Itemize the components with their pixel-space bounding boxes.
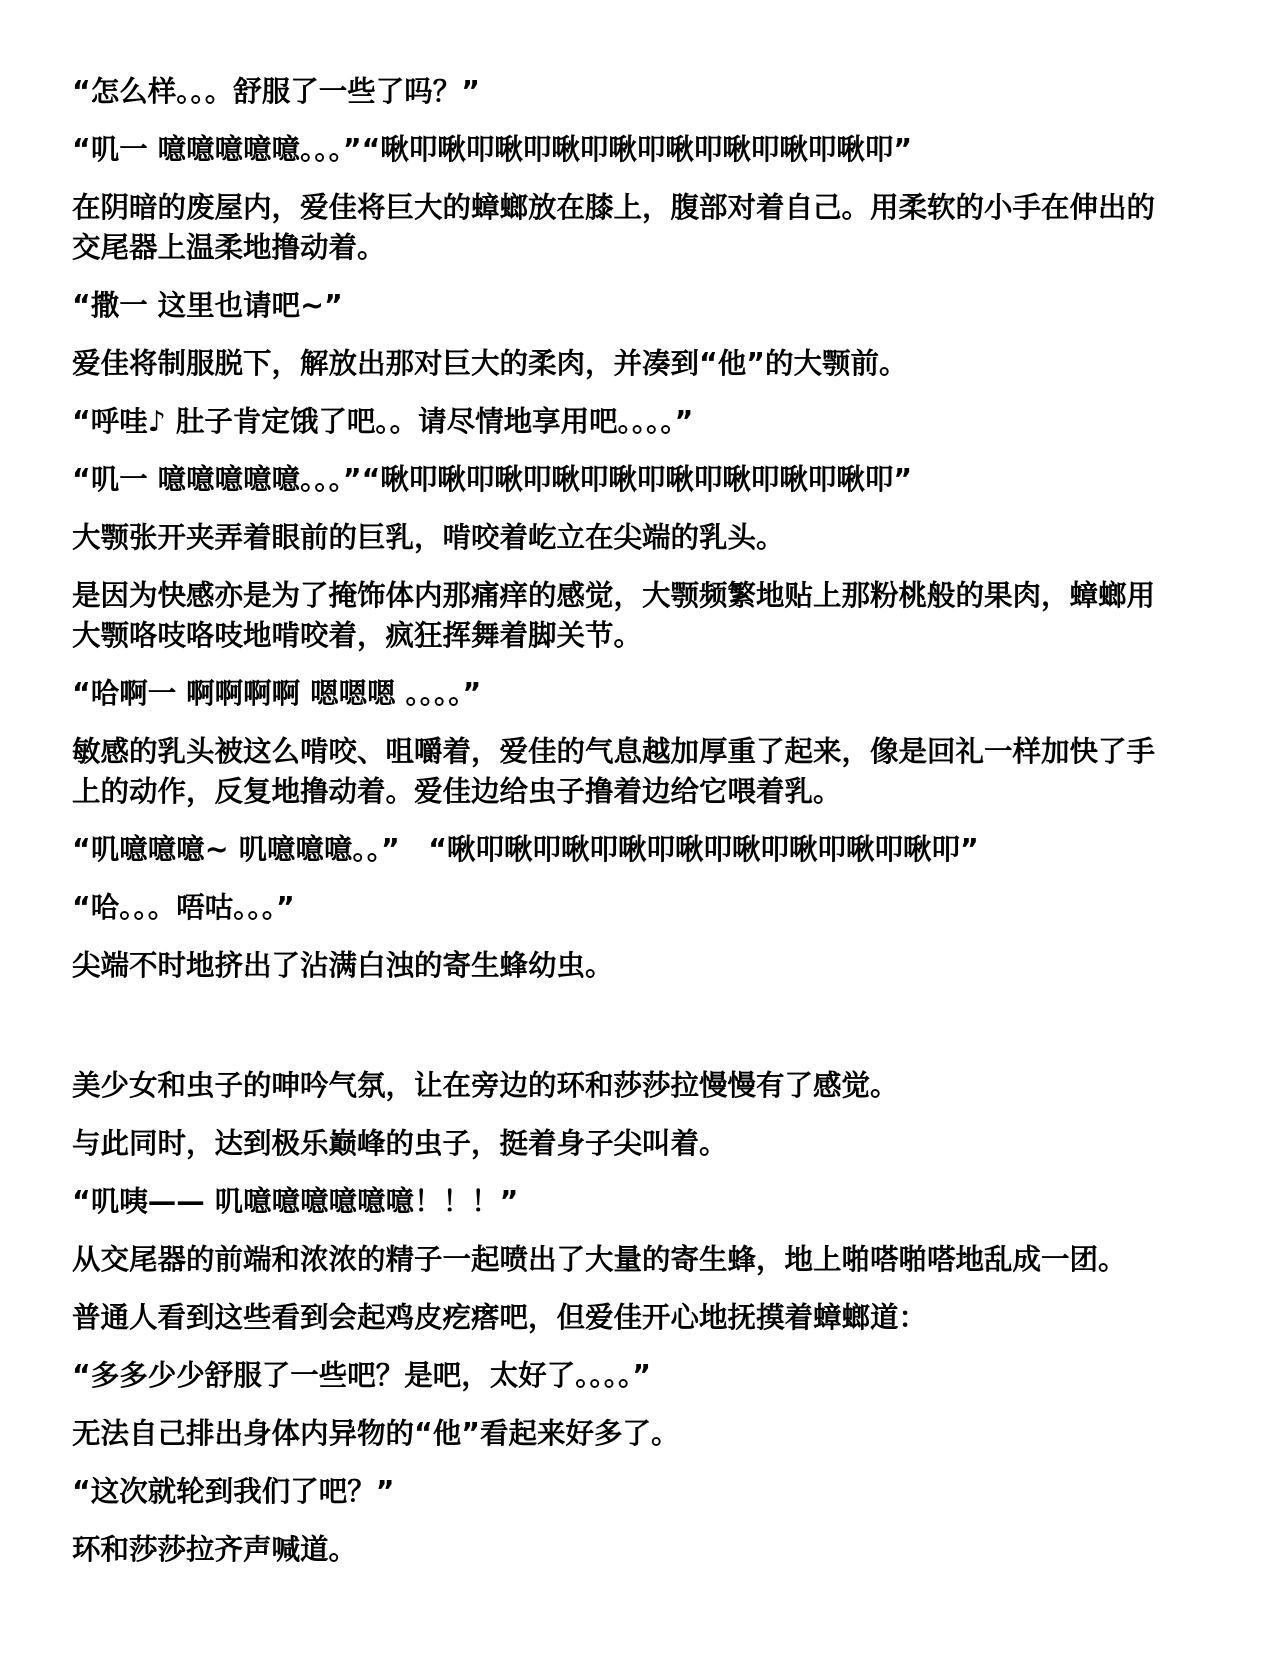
narration-paragraph: 敏感的乳头被这么啃咬、咀嚼着，爱佳的气息越加厚重了起来，像是回礼一样加快了手上的… [72,732,1168,812]
narration-paragraph: 爱佳将制服脱下，解放出那对巨大的柔肉，并凑到“他”的大颚前。 [72,344,1168,384]
dialogue-paragraph: “哈。。。唔咕。。。” [72,888,1168,928]
narration-paragraph: 从交尾器的前端和浓浓的精子一起喷出了大量的寄生蜂，地上啪嗒啪嗒地乱成一团。 [72,1240,1168,1280]
narration-paragraph: 环和莎莎拉齐声喊道。 [72,1530,1168,1570]
narration-paragraph: 在阴暗的废屋内，爱佳将巨大的蟑螂放在膝上，腹部对着自己。用柔软的小手在伸出的交尾… [72,188,1168,268]
narration-paragraph: 普通人看到这些看到会起鸡皮疙瘩吧，但爱佳开心地抚摸着蟑螂道： [72,1298,1168,1338]
narration-paragraph: 与此同时，达到极乐巅峰的虫子，挺着身子尖叫着。 [72,1124,1168,1164]
dialogue-paragraph: “怎么样。。。舒服了一些了吗？” [72,72,1168,112]
document-page: “怎么样。。。舒服了一些了吗？” “叽一 噫噫噫噫噫。。。”“啾叩啾叩啾叩啾叩啾… [0,0,1280,1656]
dialogue-paragraph: “哈啊一 啊啊啊啊 嗯嗯嗯 。。。。” [72,674,1168,714]
dialogue-paragraph: “撒一 这里也请吧~” [72,286,1168,326]
narration-paragraph: 大颚张开夹弄着眼前的巨乳，啃咬着屹立在尖端的乳头。 [72,518,1168,558]
narration-paragraph: 无法自己排出身体内异物的“他”看起来好多了。 [72,1414,1168,1454]
dialogue-paragraph: “叽噫噫噫~ 叽噫噫噫。。” “啾叩啾叩啾叩啾叩啾叩啾叩啾叩啾叩啾叩” [72,830,1168,870]
dialogue-paragraph: “呼哇♪ 肚子肯定饿了吧。。请尽情地享用吧。。。。” [72,402,1168,442]
narration-paragraph: 美少女和虫子的呻吟气氛，让在旁边的环和莎莎拉慢慢有了感觉。 [72,1066,1168,1106]
dialogue-paragraph: “叽一 噫噫噫噫噫。。。”“啾叩啾叩啾叩啾叩啾叩啾叩啾叩啾叩啾叩” [72,130,1168,170]
dialogue-paragraph: “叽咦—— 叽噫噫噫噫噫噫！！！” [72,1182,1168,1222]
narration-paragraph: 是因为快感亦是为了掩饰体内那痛痒的感觉，大颚频繁地贴上那粉桃般的果肉，蟑螂用大颚… [72,576,1168,656]
dialogue-paragraph: “叽一 噫噫噫噫噫。。。”“啾叩啾叩啾叩啾叩啾叩啾叩啾叩啾叩啾叩” [72,460,1168,500]
narration-paragraph: 尖端不时地挤出了沾满白浊的寄生蜂幼虫。 [72,946,1168,986]
dialogue-paragraph: “这次就轮到我们了吧？” [72,1472,1168,1512]
dialogue-paragraph: “多多少少舒服了一些吧？是吧，太好了。。。。” [72,1356,1168,1396]
